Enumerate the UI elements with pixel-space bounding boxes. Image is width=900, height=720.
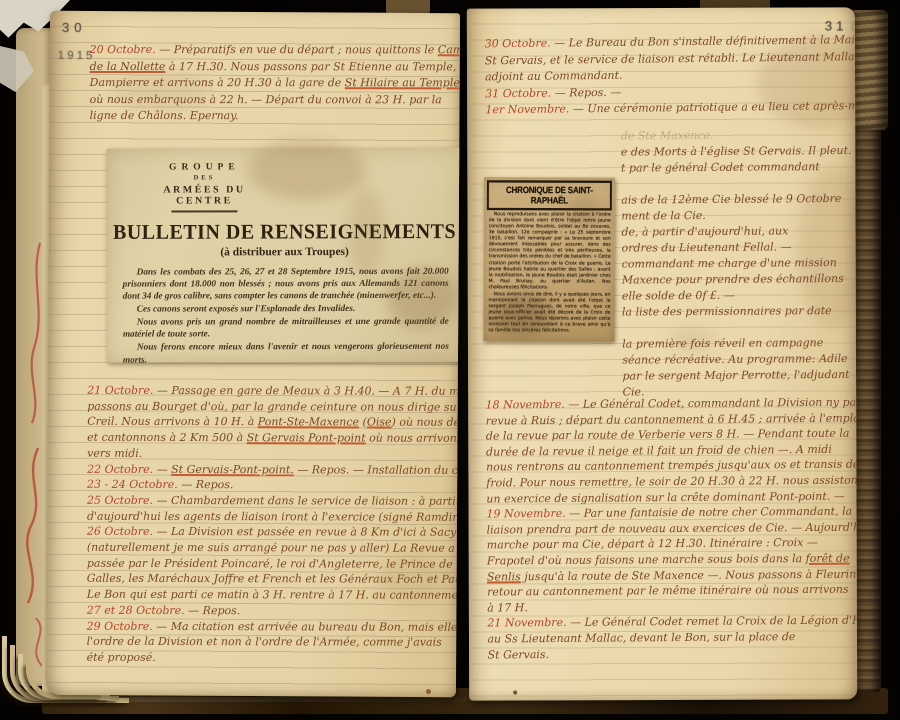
handwriting-segment: revue à Ruis ; départ du cantonnement à … <box>486 411 858 427</box>
handwriting-segment: 23 - 24 Octobre. <box>87 478 178 491</box>
handwriting-segment: — Repos. — <box>551 85 621 99</box>
handwriting-segment: Le Bon qui est parti ce matin à 3 H. ren… <box>87 588 460 602</box>
bulletin-title: BULLETIN DE RENSEIGNEMENTS <box>107 220 461 245</box>
handwriting-segment: à 17 H.30. Nous passons par St Etienne a… <box>165 60 456 73</box>
handwriting-segment: — Ma citation est arrivée au bureau du B… <box>153 619 460 633</box>
handwriting-segment: — Une cérémonie patriotique a eu lieu ce… <box>569 98 857 115</box>
handwriting-segment: Dampierre et arrivons à 20 H.30 à la gar… <box>90 76 345 89</box>
handwriting-segment: retour au cantonnement par le même itiné… <box>487 583 849 599</box>
handwriting-line: t par le général Codet commandant <box>621 159 852 177</box>
handwriting-segment: nous rentrons au cantonnement trempés ju… <box>486 458 857 474</box>
handwriting-block-left-top: 20 Octobre. — Préparatifs en vue du dépa… <box>90 42 460 125</box>
handwriting-segment: — <box>153 462 171 475</box>
handwriting-segment: — Repos. — Installation du cantonnement <box>294 463 460 477</box>
clipping-paragraph: Nous avions omis de dire, il y a quelque… <box>488 292 610 335</box>
handwriting-segment: forêt de <box>806 552 850 565</box>
handwriting-segment: ais de la 12ème Cie blessé le 9 Octobre <box>621 192 841 207</box>
handwriting-segment: jusqu'à la route de Ste Maxence —. Nous … <box>521 567 857 583</box>
handwriting-line: Creil. Nous arrivons à 10 H. à Pont-Ste-… <box>87 414 460 431</box>
ink-spot <box>513 691 517 695</box>
clipping-paragraph: Nous reproduisons avec plaisir la citati… <box>489 212 611 291</box>
bulletin-body: Dans les combats des 25, 26, 27 et 28 Se… <box>123 266 449 366</box>
handwriting-segment: durée de la revue il neige et il fait un… <box>486 443 832 459</box>
handwriting-segment: de Ste Maxence. <box>621 129 714 143</box>
bulletin-header: GROUPE DES ARMÉES DU CENTRE <box>136 162 272 212</box>
handwriting-segment: de la revue par la route de Verberie ver… <box>486 427 850 443</box>
handwriting-line: Dampierre et arrivons à 20 H.30 à la gar… <box>90 75 460 92</box>
handwriting-line: l'ordre de la Division et non à l'ordre … <box>87 634 460 651</box>
handwriting-segment: 25 Octobre. <box>87 494 153 507</box>
handwriting-segment: Frapotel d'où nous faisons une marche so… <box>487 552 806 568</box>
handwriting-segment: St Hilaire au Temple <box>345 76 460 89</box>
bulletin-paragraph: Dans les combats des 25, 26, 27 et 28 Se… <box>123 266 449 303</box>
handwriting-segment: séance récréative. Au programme: Adile <box>622 352 847 367</box>
handwriting-segment: ) où nous débarq. <box>392 416 461 429</box>
handwriting-line: Maxence pour prendre des échantillons <box>622 271 853 289</box>
bulletin-header-armees: ARMÉES DU CENTRE <box>136 184 272 206</box>
handwriting-segment: ligne de Châlons. Epernay. <box>90 109 239 122</box>
handwriting-segment: commandant me charge d'une mission <box>622 256 837 271</box>
handwriting-segment: (naturellement je me suis arrangé pour n… <box>87 541 460 555</box>
handwriting-line: vers midi. <box>87 446 460 463</box>
handwriting-block-beside-clipping: de Ste Maxence.e des Morts à l'église St… <box>621 127 854 401</box>
handwriting-segment: liaison prendra part de nouveau aux exer… <box>487 520 858 536</box>
handwriting-segment: Senlis <box>487 570 521 583</box>
scanned-diary-spread: 30 1915 20 Octobre. — Préparatifs en vue… <box>0 0 900 720</box>
handwriting-line: d'aujourd'hui les agents de liaison iron… <box>87 508 460 525</box>
handwriting-line: commandant me charge d'une mission <box>622 255 853 273</box>
handwriting-line: 21 Novembre. — Le Général Codet remet la… <box>487 613 857 632</box>
handwriting-segment: 29 Octobre. <box>87 619 153 632</box>
handwriting-segment: 1er Novembre. <box>485 102 569 116</box>
handwriting-segment: 26 Octobre. <box>87 525 153 538</box>
handwriting-line: (naturellement je me suis arrangé pour n… <box>87 540 460 557</box>
handwriting-line: de Ste Maxence. <box>621 127 852 145</box>
diary-right-page: 31 8 30 Octobre. — Le Bureau du Bon s'in… <box>467 7 857 700</box>
handwriting-line: Le Bon qui est parti ce matin à 3 H. ren… <box>87 587 460 604</box>
handwriting-segment: vers midi. <box>87 447 142 460</box>
handwriting-line: Galles, les Maréchaux Joffre et French e… <box>87 571 460 588</box>
handwriting-segment: St Gervais-Pont-point. <box>171 463 294 476</box>
handwriting-segment: la première fois réveil en campagne <box>622 336 823 350</box>
handwriting-segment: 22 Octobre. <box>87 462 153 475</box>
handwriting-segment: 18 Novembre. <box>486 398 565 412</box>
handwriting-line: 25 Octobre. — Chambardement dans le serv… <box>87 493 460 510</box>
handwriting-segment: froid. Pour nous remettre, le soir de 20… <box>486 473 857 489</box>
handwriting-segment: l'ordre de la Division et non à l'ordre … <box>87 635 442 649</box>
handwriting-segment: t par le général Codet commandant <box>621 160 820 174</box>
handwriting-segment: la liste des permissionnaires par date <box>622 304 832 318</box>
handwriting-segment: Camp <box>438 43 460 56</box>
handwriting-segment: passée par le Président Poincaré, le roi… <box>87 556 453 570</box>
handwriting-line: e des Morts à l'église St Gervais. Il pl… <box>621 143 852 161</box>
handwriting-line: séance récréative. Au programme: Adile <box>622 351 853 369</box>
clipping-headline: CHRONIQUE DE SAINT-RAPHAËL <box>487 180 612 210</box>
handwriting-line: 20 Octobre. — Préparatifs en vue du dépa… <box>90 42 460 59</box>
handwriting-line: par le sergent Major Perrotte, l'adjudan… <box>622 367 853 385</box>
handwriting-line: ais de la 12ème Cie blessé le 9 Octobre <box>621 191 852 209</box>
bulletin-subtitle: (à distribuer aux Troupes) <box>107 246 461 259</box>
handwriting-line: passons au Bourget d'où, par la grande c… <box>87 398 460 415</box>
newspaper-clipping: CHRONIQUE DE SAINT-RAPHAËL Nous reprodui… <box>483 177 615 341</box>
handwriting-segment: — Le Général Codet remet la Croix de la … <box>566 614 857 630</box>
handwriting-block-right-bottom: 18 Novembre. — Le Général Codet, command… <box>486 394 858 662</box>
handwriting-segment: 21 Octobre. <box>87 384 153 397</box>
handwriting-segment: — Le Général Codet, commandant la Divisi… <box>565 395 857 411</box>
handwriting-segment: Galles, les Maréchaux Joffre et French e… <box>87 572 460 586</box>
handwriting-segment: — Par une fantaisie de notre cher Comman… <box>566 505 853 520</box>
handwriting-block-right-top: 30 Octobre. — Le Bureau du Bon s'install… <box>485 31 858 119</box>
handwriting-segment: à 17 H. <box>487 601 528 614</box>
handwriting-line: elle solde de 0f £. — <box>622 287 853 305</box>
handwriting-segment: 20 Octobre. <box>90 43 156 56</box>
handwriting-segment: adjoint au Commandant. <box>485 69 623 84</box>
handwriting-segment: marche pour ma Cie, départ à 12 H.30. It… <box>487 536 818 552</box>
handwriting-segment: — Passage en gare de Meaux à 3 H.40. — A… <box>153 384 460 398</box>
handwriting-line: 21 Octobre. — Passage en gare de Meaux à… <box>87 383 460 400</box>
bulletin-clipping: GROUPE DES ARMÉES DU CENTRE BULLETIN DE … <box>106 148 460 363</box>
handwriting-segment: où nous embarquons à 22 h. — Départ du c… <box>90 93 442 106</box>
handwriting-segment: au Ss Lieutenant Mallac, devant le Bon, … <box>487 630 795 645</box>
handwriting-segment: — Repos. <box>178 478 234 491</box>
handwriting-segment: 30 Octobre. <box>485 37 551 51</box>
handwriting-segment: de, à partir d'aujourd'hui, aux <box>621 224 788 238</box>
handwriting-segment: ment de la Cie. <box>621 209 706 223</box>
handwriting-line: été proposé. <box>87 650 460 667</box>
handwriting-line: la première fois réveil en campagne <box>622 335 853 353</box>
handwriting-segment: e des Morts à l'église St Gervais. Il pl… <box>621 144 852 159</box>
handwriting-segment: St Gervais Pont-point <box>247 431 366 444</box>
handwriting-segment: ordres du Lieutenant Fellal. — <box>622 240 792 254</box>
bulletin-paragraph: Ces canons seront exposés sur l'Esplanad… <box>123 303 449 316</box>
handwriting-segment: — La Division est passée en revue à 8 Km… <box>153 525 460 539</box>
handwriting-line: passée par le Président Poincaré, le roi… <box>87 555 460 572</box>
ink-spot <box>426 689 431 694</box>
handwriting-segment: et cantonnons à 2 Km 500 à <box>87 431 247 444</box>
handwriting-line: St Gervais. <box>488 644 858 663</box>
handwriting-segment: où nous arrivons <box>366 432 460 445</box>
handwriting-segment: 19 Novembre. <box>486 507 565 521</box>
handwriting-segment: été proposé. <box>87 651 156 664</box>
handwriting-line: de, à partir d'aujourd'hui, aux <box>621 223 852 241</box>
bulletin-header-des: DES <box>136 174 272 181</box>
diary-left-page: 30 1915 20 Octobre. — Préparatifs en vue… <box>46 11 460 697</box>
handwriting-line: de la Nollette à 17 H.30. Nous passons p… <box>90 59 460 76</box>
handwriting-segment: — Le Bureau du Bon s'installe définitive… <box>551 33 858 50</box>
handwriting-segment: 31 Octobre. <box>485 86 551 100</box>
handwriting-segment: — Chambardement dans le service de liais… <box>153 494 460 508</box>
handwriting-segment: elle solde de 0f £. — <box>622 289 735 303</box>
bulletin-paragraph: Nous avons pris un grand nombre de mitra… <box>123 316 449 341</box>
handwriting-segment: — Repos. <box>185 604 241 617</box>
handwriting-line: ligne de Châlons. Epernay. <box>90 108 460 125</box>
handwriting-segment: par le sergent Major Perrotte, l'adjudan… <box>622 368 849 383</box>
bulletin-paragraph: Nous ferons encore mieux dans l'avenir e… <box>123 341 449 366</box>
handwriting-line <box>622 319 853 337</box>
handwriting-segment: 27 et 28 Octobre. <box>87 604 185 617</box>
handwriting-line: ordres du Lieutenant Fellal. — <box>622 239 853 257</box>
handwriting-segment: Maxence pour prendre des échantillons <box>622 272 844 287</box>
page-number-right: 31 <box>825 18 848 33</box>
handwriting-line: la liste des permissionnaires par date <box>622 303 853 321</box>
handwriting-line: 29 Octobre. — Ma citation est arrivée au… <box>87 618 460 635</box>
handwriting-line: 27 et 28 Octobre. — Repos. <box>87 603 460 620</box>
handwriting-line: 23 - 24 Octobre. — Repos. <box>87 477 460 494</box>
bulletin-header-groupe: GROUPE <box>136 162 272 172</box>
bulletin-header-rule <box>171 210 237 212</box>
handwriting-line: retour au cantonnement par le même itiné… <box>487 581 857 600</box>
handwriting-segment: ( <box>359 416 367 429</box>
handwriting-segment: un exercice de signalisation sur la crêt… <box>486 489 845 505</box>
handwriting-segment: de la Nollette <box>90 60 166 73</box>
handwriting-line: 26 Octobre. — La Division est passée en … <box>87 524 460 541</box>
handwriting-segment: St Gervais. <box>488 648 550 661</box>
handwriting-segment: Oise <box>367 416 392 429</box>
page-number-left: 30 <box>62 20 87 35</box>
handwriting-segment: Pont-Ste-Maxence <box>258 416 359 429</box>
handwriting-segment: — Préparatifs en vue du départ ; nous qu… <box>156 43 438 56</box>
handwriting-line: ment de la Cie. <box>621 207 852 225</box>
handwriting-segment: St Gervais, et le service de liaison est… <box>485 49 857 66</box>
handwriting-line <box>621 175 852 193</box>
handwriting-block-left-bottom: 21 Octobre. — Passage en gare de Meaux à… <box>87 383 460 667</box>
handwriting-segment: Creil. Nous arrivons à 10 H. à <box>87 415 258 428</box>
handwriting-line: où nous embarquons à 22 h. — Départ du c… <box>90 92 460 109</box>
clipping-body: Nous reproduisons avec plaisir la citati… <box>488 212 610 335</box>
handwriting-line: et cantonnons à 2 Km 500 à St Gervais Po… <box>87 430 460 447</box>
handwriting-segment: passons au Bourget d'où, par la grande c… <box>87 399 460 413</box>
handwriting-line: 22 Octobre. — St Gervais-Pont-point. — R… <box>87 461 460 478</box>
handwriting-segment: d'aujourd'hui les agents de liaison iron… <box>87 509 460 523</box>
handwriting-segment: 21 Novembre. <box>487 616 566 630</box>
